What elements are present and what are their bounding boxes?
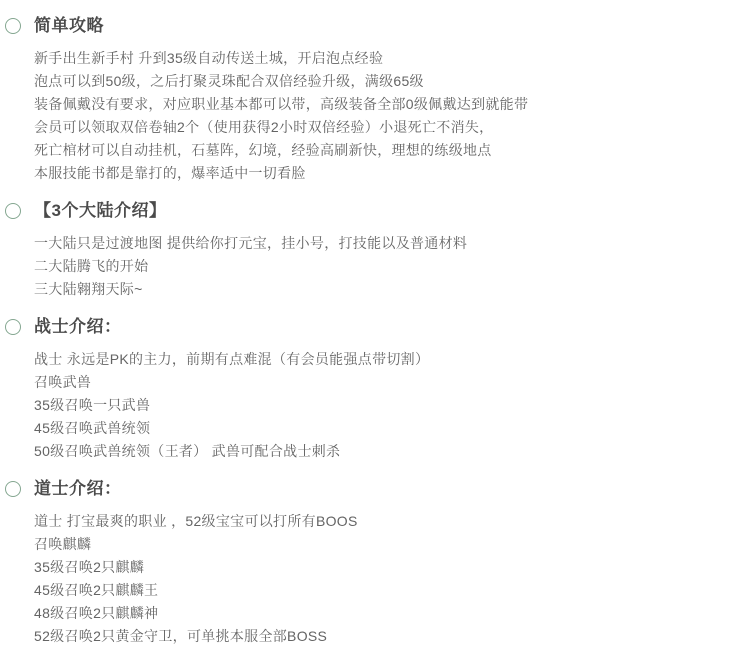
- body-line: 45级召唤2只麒麟王: [34, 579, 729, 602]
- circle-outline-icon: [5, 18, 21, 34]
- section-body: 一大陆只是过渡地图 提供给你打元宝，挂小号，打技能以及普通材料 二大陆腾飞的开始…: [5, 232, 729, 301]
- section-warrior-intro: 战士介绍： 战士 永远是PK的主力，前期有点难混（有会员能强点带切割） 召唤武兽…: [5, 315, 729, 463]
- section-title: 道士介绍：: [34, 477, 122, 501]
- body-line: 召唤武兽: [34, 371, 729, 394]
- body-line: 新手出生新手村 升到35级自动传送土城，开启泡点经验: [34, 47, 729, 70]
- body-line: 三大陆翱翔天际~: [34, 278, 729, 301]
- section-heading: 【3个大陆介绍】: [5, 199, 729, 223]
- section-simple-guide: 简单攻略 新手出生新手村 升到35级自动传送土城，开启泡点经验 泡点可以到50级…: [5, 14, 729, 185]
- section-body: 道士 打宝最爽的职业 ，52级宝宝可以打所有BOOS 召唤麒麟 35级召唤2只麒…: [5, 510, 729, 648]
- circle-outline-icon: [5, 203, 21, 219]
- section-heading: 战士介绍：: [5, 315, 729, 339]
- section-continents-intro: 【3个大陆介绍】 一大陆只是过渡地图 提供给你打元宝，挂小号，打技能以及普通材料…: [5, 199, 729, 301]
- body-line: 52级召唤2只黄金守卫，可单挑本服全部BOSS: [34, 625, 729, 648]
- body-line: 50级召唤武兽统领（王者） 武兽可配合战士刺杀: [34, 440, 729, 463]
- body-line: 道士 打宝最爽的职业 ，52级宝宝可以打所有BOOS: [34, 510, 729, 533]
- circle-outline-icon: [5, 319, 21, 335]
- body-line: 35级召唤2只麒麟: [34, 556, 729, 579]
- body-line: 45级召唤武兽统领: [34, 417, 729, 440]
- section-taoist-intro: 道士介绍： 道士 打宝最爽的职业 ，52级宝宝可以打所有BOOS 召唤麒麟 35…: [5, 477, 729, 648]
- body-line: 本服技能书都是靠打的，爆率适中一切看脸: [34, 162, 729, 185]
- body-line: 装备佩戴没有要求，对应职业基本都可以带，高级装备全部0级佩戴达到就能带: [34, 93, 729, 116]
- body-line: 会员可以领取双倍卷轴2个（使用获得2小时双倍经验）小退死亡不消失，: [34, 116, 729, 139]
- body-line: 死亡棺材可以自动挂机，石墓阵，幻境，经验高刷新快，理想的练级地点: [34, 139, 729, 162]
- section-heading: 道士介绍：: [5, 477, 729, 501]
- body-line: 召唤麒麟: [34, 533, 729, 556]
- section-title: 【3个大陆介绍】: [34, 199, 166, 223]
- section-body: 新手出生新手村 升到35级自动传送土城，开启泡点经验 泡点可以到50级，之后打聚…: [5, 47, 729, 185]
- section-heading: 简单攻略: [5, 14, 729, 38]
- body-line: 泡点可以到50级，之后打聚灵珠配合双倍经验升级，满级65级: [34, 70, 729, 93]
- section-title: 战士介绍：: [34, 315, 122, 339]
- body-line: 一大陆只是过渡地图 提供给你打元宝，挂小号，打技能以及普通材料: [34, 232, 729, 255]
- guide-page: 简单攻略 新手出生新手村 升到35级自动传送土城，开启泡点经验 泡点可以到50级…: [0, 0, 749, 648]
- body-line: 战士 永远是PK的主力，前期有点难混（有会员能强点带切割）: [34, 348, 729, 371]
- section-body: 战士 永远是PK的主力，前期有点难混（有会员能强点带切割） 召唤武兽 35级召唤…: [5, 348, 729, 463]
- section-title: 简单攻略: [34, 14, 104, 38]
- body-line: 48级召唤2只麒麟神: [34, 602, 729, 625]
- circle-outline-icon: [5, 481, 21, 497]
- body-line: 二大陆腾飞的开始: [34, 255, 729, 278]
- body-line: 35级召唤一只武兽: [34, 394, 729, 417]
